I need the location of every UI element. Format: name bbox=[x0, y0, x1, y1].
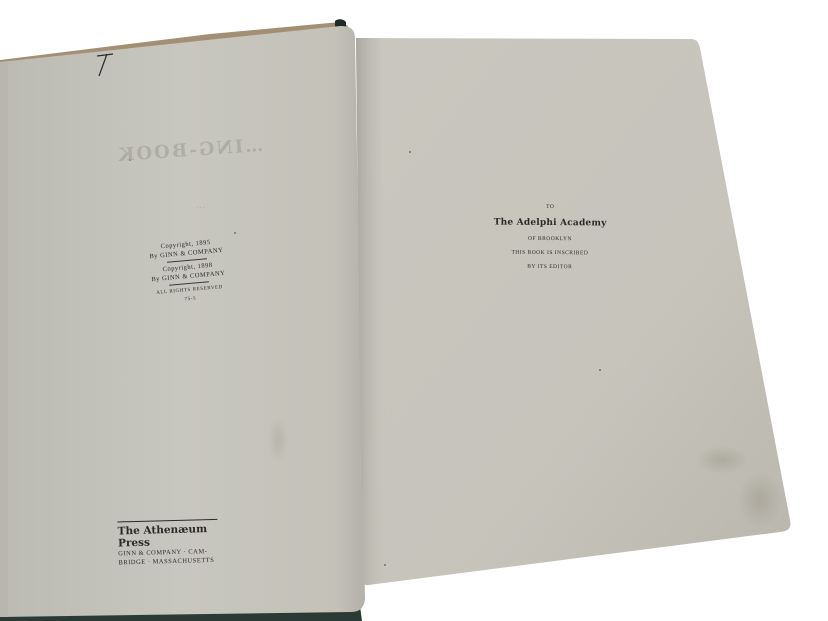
book-photo: …ING-BOOK … Copyright, 1895 By GINN & CO… bbox=[0, 0, 828, 621]
dedication-block: TO The Adelphi Academy OF BROOKLYN THIS … bbox=[490, 202, 611, 277]
pencil-mark-icon bbox=[95, 52, 115, 78]
dedication-to: TO bbox=[490, 202, 610, 211]
copyright-block: Copyright, 1895 By GINN & COMPANY Copyri… bbox=[125, 235, 250, 309]
dedication-place: OF BROOKLYN bbox=[490, 234, 610, 243]
dedication-academy: The Adelphi Academy bbox=[490, 216, 610, 229]
press-name: The Athenæum Press bbox=[118, 523, 229, 550]
dedication-line: THIS BOOK IS INSCRIBED bbox=[490, 248, 610, 257]
right-page bbox=[356, 38, 791, 585]
dedication-by: BY ITS EDITOR bbox=[490, 262, 610, 271]
press-imprint: The Athenæum Press GINN & COMPANY · CAM-… bbox=[117, 519, 228, 568]
